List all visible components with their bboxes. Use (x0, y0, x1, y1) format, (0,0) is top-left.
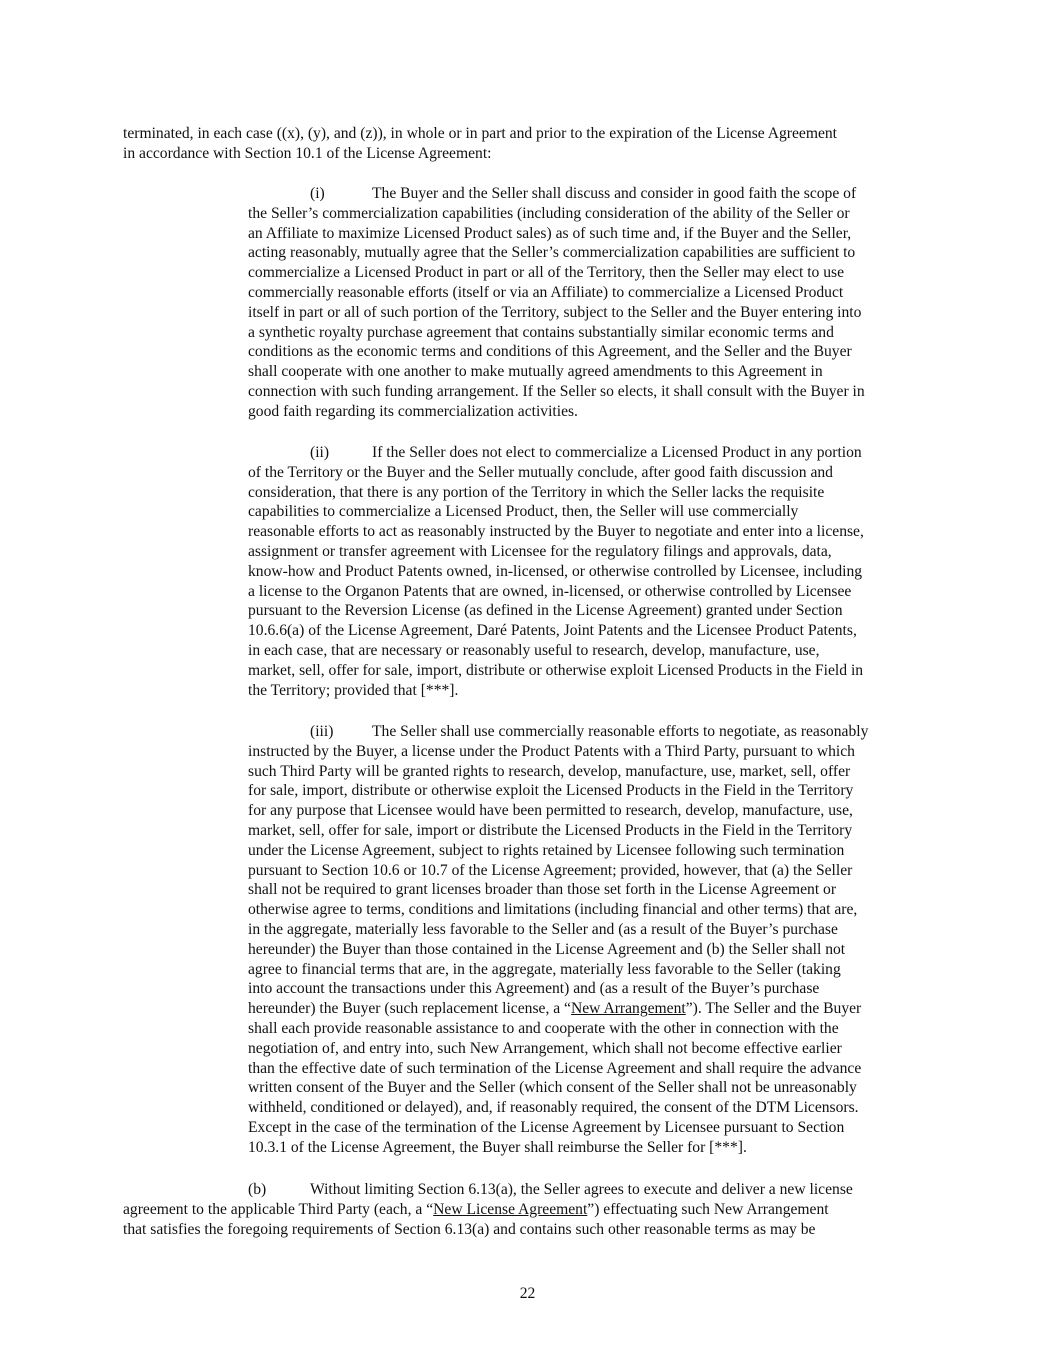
clause-label: (ii) (310, 443, 372, 463)
text-line: pursuant to the Reversion License (as de… (248, 601, 933, 621)
text-line: Except in the case of the termination of… (248, 1118, 933, 1138)
text-run: The Seller shall use commercially reason… (372, 723, 868, 740)
text-line: good faith regarding its commercializati… (248, 402, 933, 422)
text-line: of the Territory or the Buyer and the Se… (248, 463, 933, 483)
text-line: assignment or transfer agreement with Li… (248, 542, 933, 562)
text-line: an Affiliate to maximize Licensed Produc… (248, 224, 933, 244)
text-line: for any purpose that Licensee would have… (248, 801, 933, 821)
text-line: agree to financial terms that are, in th… (248, 960, 933, 980)
text-line: market, sell, offer for sale, import, di… (248, 661, 933, 681)
text-line: shall cooperate with one another to make… (248, 362, 933, 382)
text-line: a synthetic royalty purchase agreement t… (248, 323, 933, 343)
clause-label: (iii) (310, 722, 372, 742)
section-b: (b)Without limiting Section 6.13(a), the… (123, 1180, 933, 1239)
text-line: reasonable efforts to act as reasonably … (248, 522, 933, 542)
text-line: in each case, that are necessary or reas… (248, 641, 933, 661)
text-line: under the License Agreement, subject to … (248, 841, 933, 861)
text-line: pursuant to Section 10.6 or 10.7 of the … (248, 861, 933, 881)
clause-first-line: (b)Without limiting Section 6.13(a), the… (123, 1180, 933, 1200)
clause-first-line: (i)The Buyer and the Seller shall discus… (248, 184, 933, 204)
clause-label: (i) (310, 184, 372, 204)
defined-term-new-license-agreement: New License Agreement (433, 1201, 587, 1218)
text-run: ”) effectuating such New Arrangement (587, 1201, 828, 1218)
text-line: capabilities to commercialize a Licensed… (248, 502, 933, 522)
intro-paragraph: terminated, in each case ((x), (y), and … (123, 124, 933, 164)
text-line: hereunder) the Buyer than those containe… (248, 940, 933, 960)
defined-term-line: hereunder) the Buyer (such replacement l… (248, 999, 933, 1019)
text-line: know-how and Product Patents owned, in-l… (248, 562, 933, 582)
document-page: terminated, in each case ((x), (y), and … (0, 0, 1055, 1365)
defined-term-new-arrangement: New Arrangement (571, 1000, 686, 1017)
text-line: market, sell, offer for sale, import or … (248, 821, 933, 841)
text-line: commercialize a Licensed Product in part… (248, 263, 933, 283)
text-line: withheld, conditioned or delayed), and, … (248, 1098, 933, 1118)
text-run: hereunder) the Buyer (such replacement l… (248, 1000, 571, 1017)
text-line: terminated, in each case ((x), (y), and … (123, 124, 933, 144)
text-line: in the aggregate, materially less favora… (248, 920, 933, 940)
text-line: commercially reasonable efforts (itself … (248, 283, 933, 303)
clause-label: (b) (248, 1180, 310, 1200)
text-line: a license to the Organon Patents that ar… (248, 582, 933, 602)
text-run: agreement to the applicable Third Party … (123, 1201, 433, 1218)
text-run: The Buyer and the Seller shall discuss a… (372, 185, 856, 202)
text-line: into account the transactions under this… (248, 979, 933, 999)
text-line: such Third Party will be granted rights … (248, 762, 933, 782)
text-line: 10.6.6(a) of the License Agreement, Daré… (248, 621, 933, 641)
text-line: conditions as the economic terms and con… (248, 342, 933, 362)
page-number: 22 (0, 1285, 1055, 1303)
clause-iii: (iii)The Seller shall use commercially r… (248, 722, 933, 1158)
text-run: ”). The Seller and the Buyer (686, 1000, 862, 1017)
defined-term-line: agreement to the applicable Third Party … (123, 1200, 933, 1220)
text-line: otherwise agree to terms, conditions and… (248, 900, 933, 920)
clause-ii: (ii)If the Seller does not elect to comm… (248, 443, 933, 700)
text-line: instructed by the Buyer, a license under… (248, 742, 933, 762)
text-line: in accordance with Section 10.1 of the L… (123, 144, 933, 164)
clause-first-line: (ii)If the Seller does not elect to comm… (248, 443, 933, 463)
text-line: itself in part or all of such portion of… (248, 303, 933, 323)
text-line: written consent of the Buyer and the Sel… (248, 1078, 933, 1098)
text-line: shall not be required to grant licenses … (248, 880, 933, 900)
text-line: than the effective date of such terminat… (248, 1059, 933, 1079)
clause-i: (i)The Buyer and the Seller shall discus… (248, 184, 933, 422)
text-line: the Seller’s commercialization capabilit… (248, 204, 933, 224)
text-line: connection with such funding arrangement… (248, 382, 933, 402)
text-run: If the Seller does not elect to commerci… (372, 444, 862, 461)
clause-first-line: (iii)The Seller shall use commercially r… (248, 722, 933, 742)
text-line: negotiation of, and entry into, such New… (248, 1039, 933, 1059)
text-line: 10.3.1 of the License Agreement, the Buy… (248, 1138, 933, 1158)
text-line: shall each provide reasonable assistance… (248, 1019, 933, 1039)
text-run: Without limiting Section 6.13(a), the Se… (310, 1181, 853, 1198)
text-line: that satisfies the foregoing requirement… (123, 1220, 933, 1240)
text-line: the Territory; provided that [***]. (248, 681, 933, 701)
text-line: for sale, import, distribute or otherwis… (248, 781, 933, 801)
text-line: acting reasonably, mutually agree that t… (248, 243, 933, 263)
text-line: consideration, that there is any portion… (248, 483, 933, 503)
